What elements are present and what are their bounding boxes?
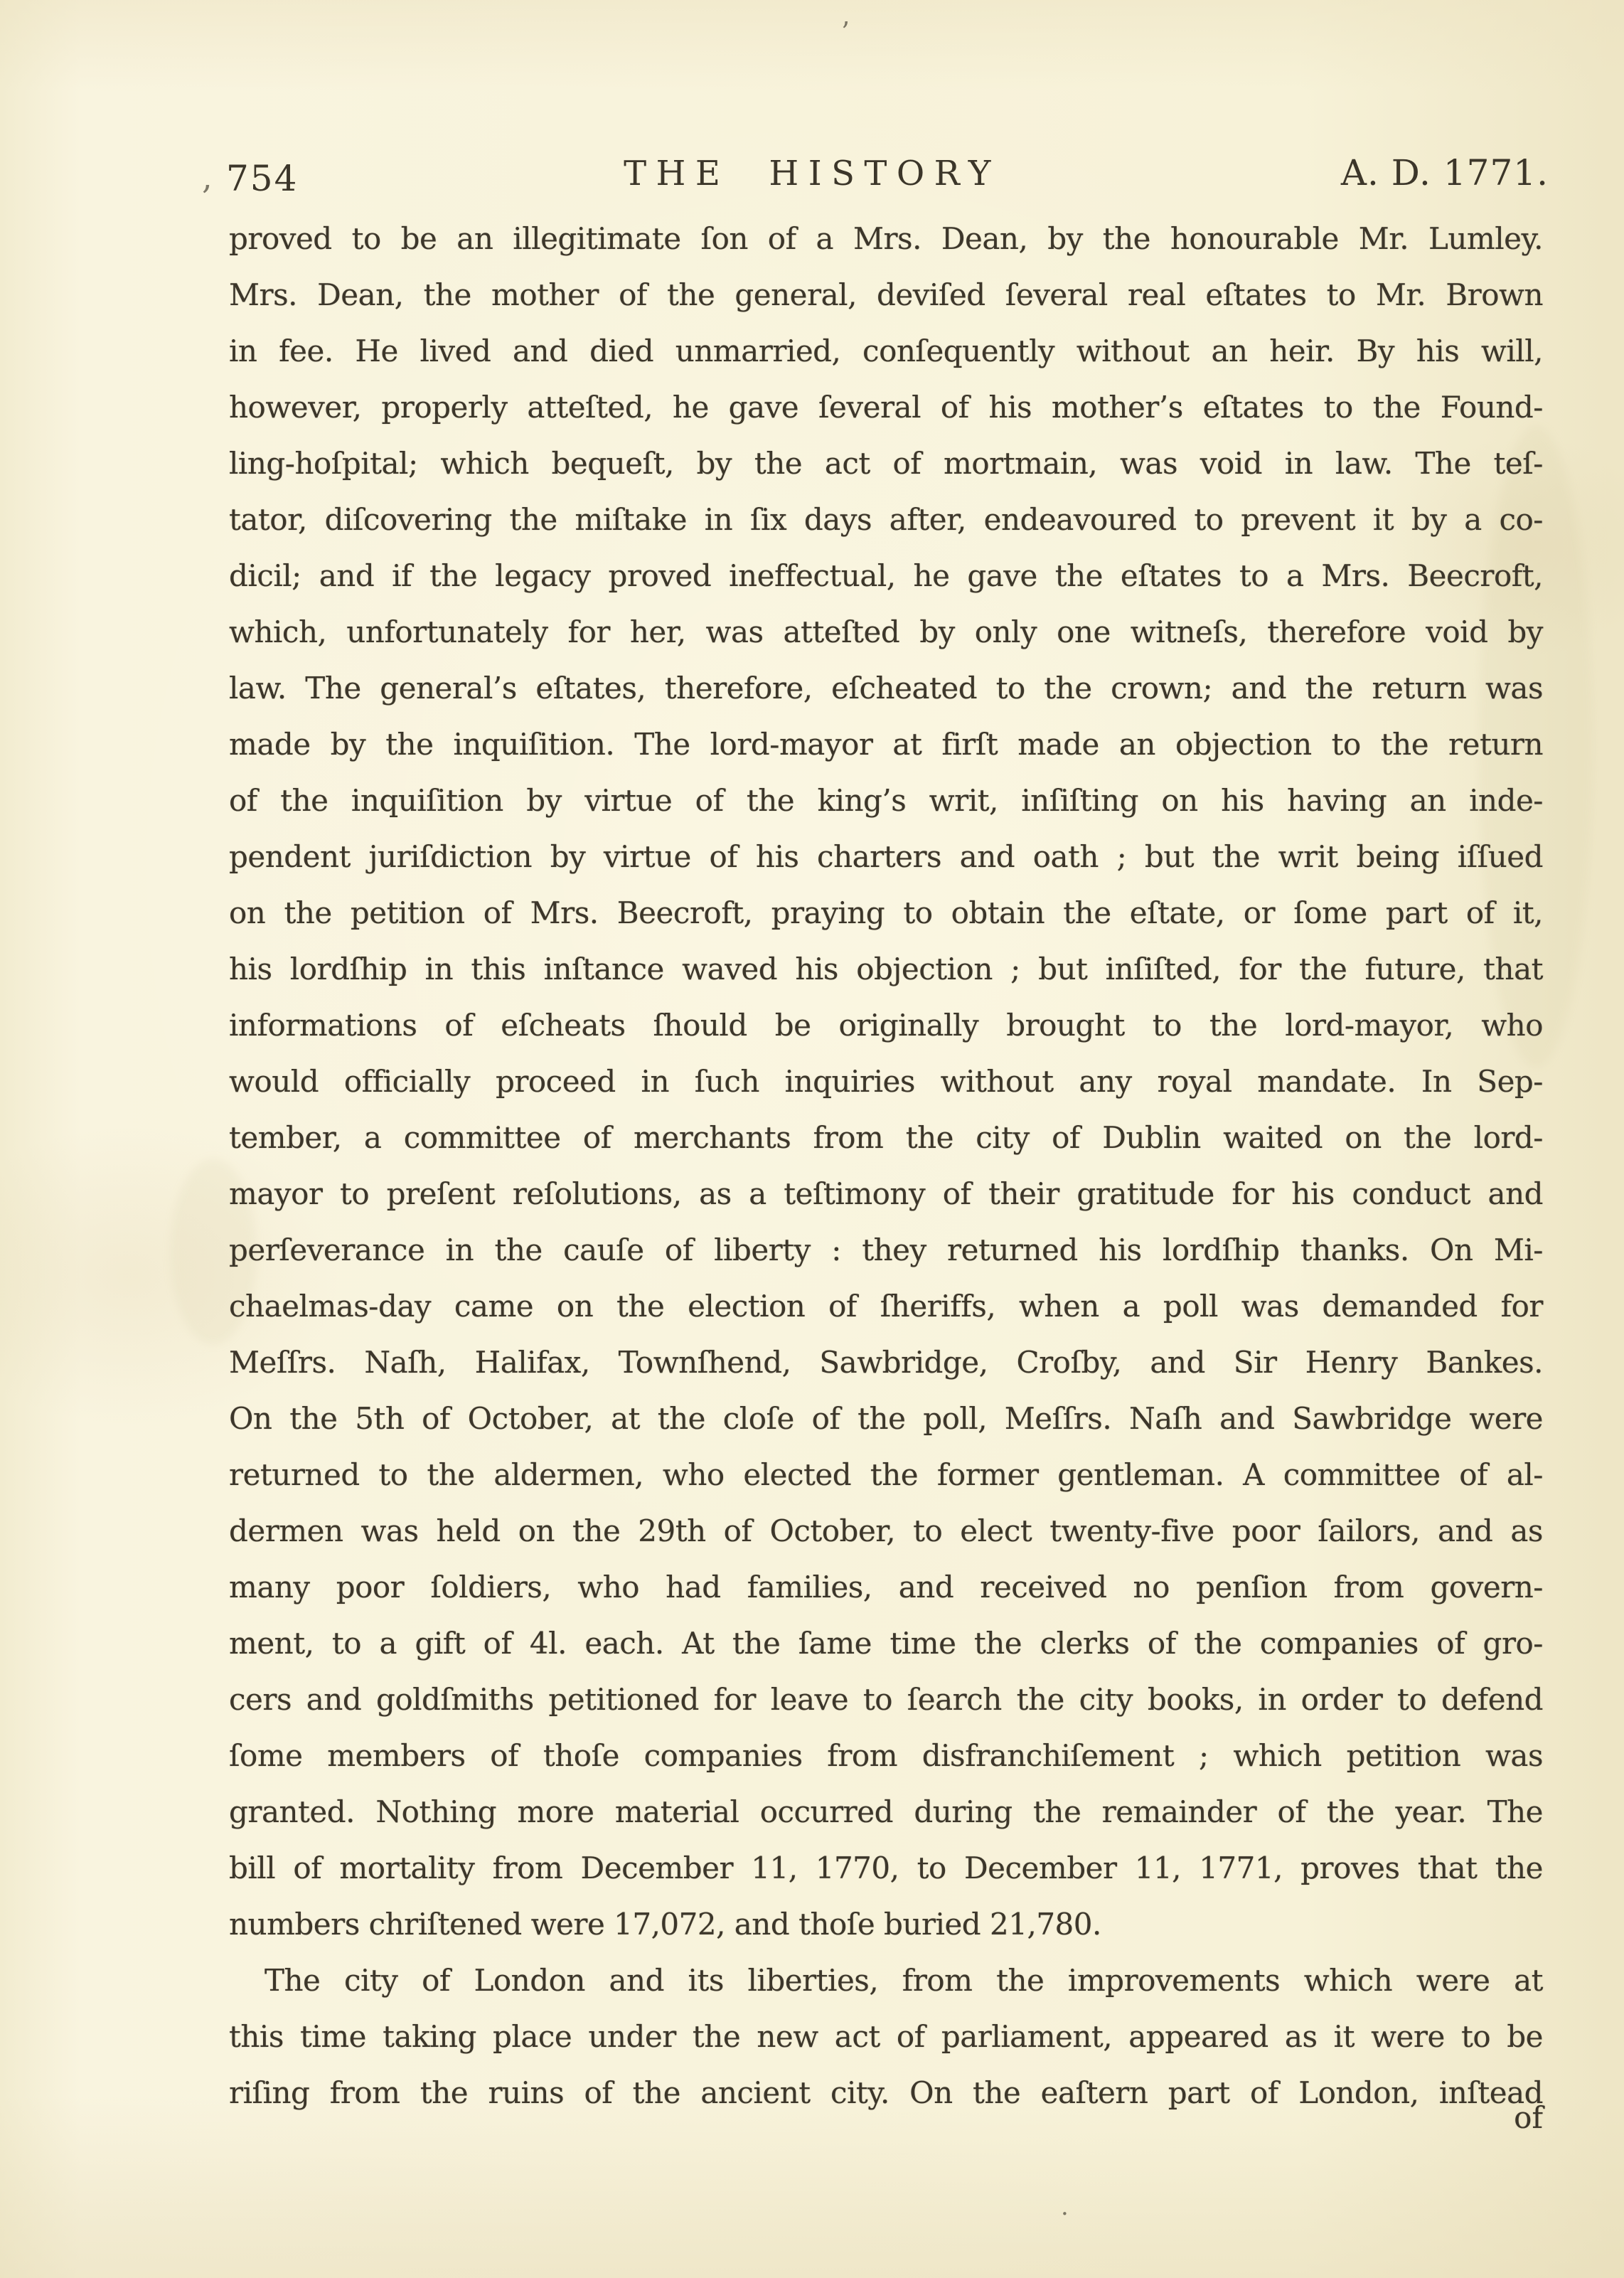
text-line: would officially proceed in ſuch inquiri…: [229, 1053, 1543, 1109]
text-line: perſeverance in the cauſe of liberty : t…: [229, 1222, 1543, 1278]
text-line: cers and goldſmiths petitioned for leave…: [229, 1671, 1543, 1728]
text-line: dermen was held on the 29th of October, …: [229, 1503, 1543, 1559]
ink-speck: ·: [1061, 2202, 1069, 2226]
text-line: Meſſrs. Naſh, Halifax, Townſhend, Sawbri…: [229, 1334, 1543, 1390]
book-page: 754 THE HISTORY A. D. 1771. proved to be…: [0, 0, 1624, 2278]
date-header: A. D. 1771.: [1341, 152, 1549, 193]
text-line: dicil; and if the legacy proved ineffect…: [229, 548, 1543, 604]
text-line: tember, a committee of merchants from th…: [229, 1109, 1543, 1166]
text-line: returned to the aldermen, who elected th…: [229, 1447, 1543, 1503]
text-line: granted. Nothing more material occurred …: [229, 1784, 1543, 1840]
text-line: made by the inquiſition. The lord-mayor …: [229, 716, 1543, 772]
text-line: on the petition of Mrs. Beecroft, prayin…: [229, 885, 1543, 941]
text-line: numbers chriſtened were 17,072, and thoſ…: [229, 1896, 1543, 1952]
text-line: this time taking place under the new act…: [229, 2008, 1543, 2065]
text-line: The city of London and its liberties, fr…: [229, 1952, 1543, 2008]
catchword: of: [1514, 2090, 1543, 2146]
text-line: his lordſhip in this inſtance waved his …: [229, 941, 1543, 997]
text-line: informations of eſcheats ſhould be origi…: [229, 997, 1543, 1053]
text-line: proved to be an illegitimate ſon of a Mr…: [229, 211, 1543, 267]
text-line: riſing from the ruins of the ancient cit…: [229, 2065, 1543, 2121]
body-text: proved to be an illegitimate ſon of a Mr…: [229, 211, 1543, 2121]
text-line: Mrs. Dean, the mother of the general, de…: [229, 267, 1543, 323]
text-line: ſome members of thoſe companies from dis…: [229, 1728, 1543, 1784]
text-line: chaelmas-day came on the election of ſhe…: [229, 1278, 1543, 1334]
ink-speck: ’: [841, 18, 850, 46]
text-line: On the 5th of October, at the cloſe of t…: [229, 1390, 1543, 1447]
text-line: however, properly atteſted, he gave ſeve…: [229, 379, 1543, 435]
text-line: pendent juriſdiction by virtue of his ch…: [229, 829, 1543, 885]
text-line: of the inquiſition by virtue of the king…: [229, 772, 1543, 829]
text-line: bill of mortality from December 11, 1770…: [229, 1840, 1543, 1896]
text-line: many poor ſoldiers, who had families, an…: [229, 1559, 1543, 1615]
text-line: law. The general’s eſtates, therefore, e…: [229, 660, 1543, 716]
text-line: in fee. He lived and died unmarried, con…: [229, 323, 1543, 379]
text-line: which, unfortunately for her, was atteſt…: [229, 604, 1543, 660]
text-line: ment, to a gift of 4l. each. At the ſame…: [229, 1615, 1543, 1671]
text-line: mayor to preſent reſolutions, as a teſti…: [229, 1166, 1543, 1222]
text-line: ling-hoſpital; which bequeſt, by the act…: [229, 435, 1543, 491]
ink-speck: ,: [202, 161, 213, 193]
text-line: tator, diſcovering the miſtake in ſix da…: [229, 491, 1543, 548]
